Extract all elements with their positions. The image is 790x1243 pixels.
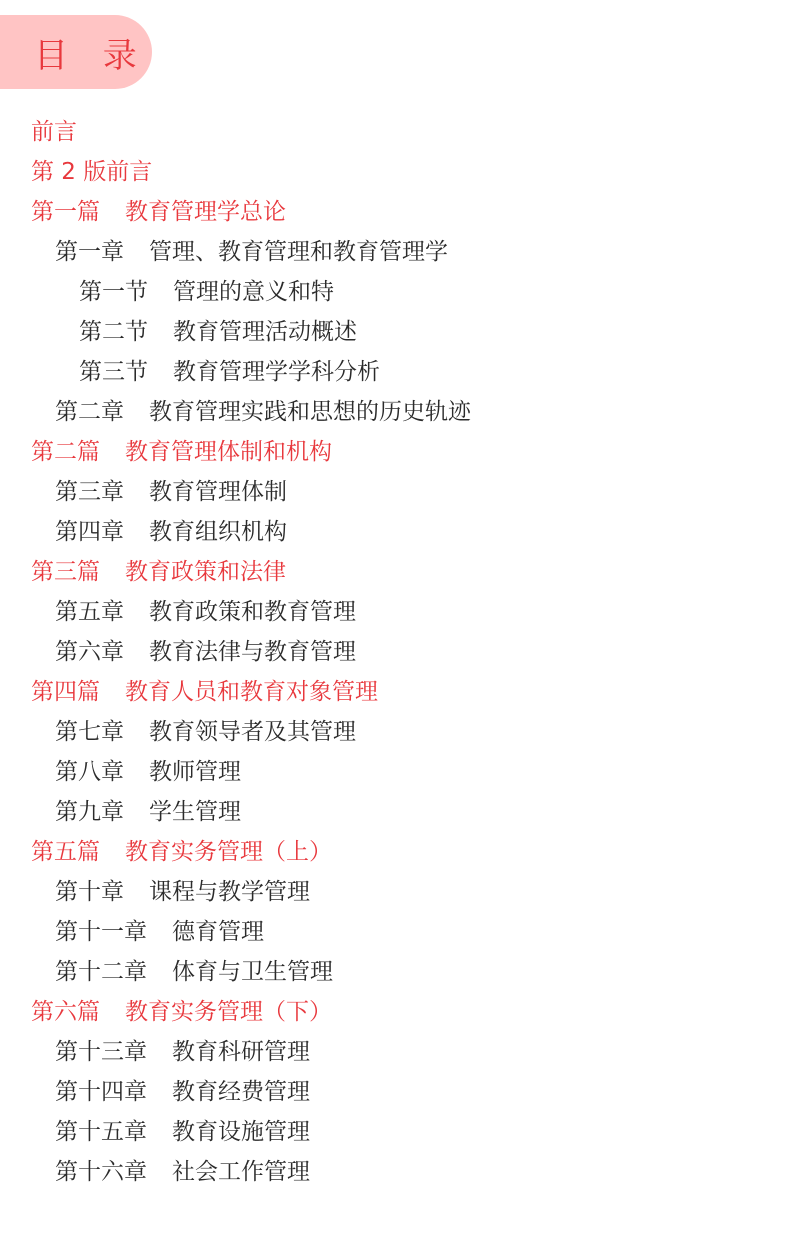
toc-entry-title: 体育与卫生管理	[172, 959, 333, 985]
toc-chapter-entry[interactable]: 第四章教育组织机构	[31, 512, 471, 552]
toc-entry-number: 第四章	[55, 512, 124, 552]
toc-entry-number: 第十一章	[55, 912, 147, 952]
toc-chapter-entry[interactable]: 第十一章德育管理	[31, 912, 471, 952]
toc-entry-title: 学生管理	[149, 799, 241, 825]
toc-entry-number: 第一章	[55, 232, 124, 272]
toc-entry-number: 第九章	[55, 792, 124, 832]
toc-entry-number: 第五章	[55, 592, 124, 632]
toc-chapter-entry[interactable]: 第九章学生管理	[31, 792, 471, 832]
toc-entry-title: 管理的意义和特	[173, 279, 334, 305]
toc-entry-number: 第三节	[79, 352, 148, 392]
toc-entry-title: 教育政策和教育管理	[149, 599, 356, 625]
toc-part-entry[interactable]: 第三篇教育政策和法律	[31, 552, 471, 592]
toc-part-entry[interactable]: 第二篇教育管理体制和机构	[31, 432, 471, 472]
toc-entry-number: 第十三章	[55, 1032, 147, 1072]
toc-entry-number: 第十章	[55, 872, 124, 912]
toc-chapter-entry[interactable]: 第六章教育法律与教育管理	[31, 632, 471, 672]
toc-entry-number: 第六篇	[31, 992, 100, 1032]
toc-chapter-entry[interactable]: 第十六章社会工作管理	[31, 1152, 471, 1192]
toc-entry-number: 第 2 版前言	[31, 152, 152, 192]
toc-entry-title: 管理、教育管理和教育管理学	[149, 239, 448, 265]
toc-entry-title: 教育组织机构	[149, 519, 287, 545]
toc-entry-title: 教育科研管理	[172, 1039, 310, 1065]
toc-entry-title: 教育管理体制	[149, 479, 287, 505]
toc-entry-number: 第一节	[79, 272, 148, 312]
toc-part-entry[interactable]: 第 2 版前言	[31, 152, 471, 192]
toc-entry-number: 第十二章	[55, 952, 147, 992]
toc-section-entry[interactable]: 第一节管理的意义和特	[31, 272, 471, 312]
toc-entry-title: 教育管理学学科分析	[173, 359, 380, 385]
toc-entry-number: 第十六章	[55, 1152, 147, 1192]
toc-part-entry[interactable]: 前言	[31, 112, 471, 152]
toc-entry-number: 前言	[31, 112, 77, 152]
toc-entry-number: 第四篇	[31, 672, 100, 712]
toc-entry-number: 第五篇	[31, 832, 100, 872]
toc-entry-number: 第十四章	[55, 1072, 147, 1112]
toc-entry-title: 教师管理	[149, 759, 241, 785]
toc-entry-title: 德育管理	[172, 919, 264, 945]
toc-entry-number: 第三篇	[31, 552, 100, 592]
toc-entry-title: 社会工作管理	[172, 1159, 310, 1185]
toc-entry-title: 教育经费管理	[172, 1079, 310, 1105]
toc-chapter-entry[interactable]: 第十二章体育与卫生管理	[31, 952, 471, 992]
toc-chapter-entry[interactable]: 第二章教育管理实践和思想的历史轨迹	[31, 392, 471, 432]
toc-entry-title: 教育管理体制和机构	[125, 439, 332, 465]
toc-chapter-entry[interactable]: 第五章教育政策和教育管理	[31, 592, 471, 632]
toc-part-entry[interactable]: 第四篇教育人员和教育对象管理	[31, 672, 471, 712]
toc-entry-title: 教育人员和教育对象管理	[125, 679, 378, 705]
toc-part-entry[interactable]: 第五篇教育实务管理（上）	[31, 832, 471, 872]
toc-entry-number: 第一篇	[31, 192, 100, 232]
toc-entry-number: 第二节	[79, 312, 148, 352]
toc-title: 目 录	[34, 28, 149, 77]
toc-entry-title: 教育管理活动概述	[173, 319, 357, 345]
toc-chapter-entry[interactable]: 第十章课程与教学管理	[31, 872, 471, 912]
table-of-contents: 前言第 2 版前言第一篇教育管理学总论第一章管理、教育管理和教育管理学第一节管理…	[31, 112, 471, 1192]
toc-section-entry[interactable]: 第三节教育管理学学科分析	[31, 352, 471, 392]
toc-entry-number: 第六章	[55, 632, 124, 672]
toc-entry-number: 第二章	[55, 392, 124, 432]
toc-entry-title: 课程与教学管理	[149, 879, 310, 905]
toc-chapter-entry[interactable]: 第十五章教育设施管理	[31, 1112, 471, 1152]
toc-entry-title: 教育实务管理（上）	[125, 839, 332, 865]
toc-entry-number: 第三章	[55, 472, 124, 512]
toc-entry-title: 教育法律与教育管理	[149, 639, 356, 665]
toc-chapter-entry[interactable]: 第十四章教育经费管理	[31, 1072, 471, 1112]
toc-entry-title: 教育政策和法律	[125, 559, 286, 585]
toc-title-tab: 目 录	[0, 15, 152, 89]
toc-section-entry[interactable]: 第二节教育管理活动概述	[31, 312, 471, 352]
toc-entry-title: 教育实务管理（下）	[125, 999, 332, 1025]
toc-entry-number: 第七章	[55, 712, 124, 752]
toc-entry-title: 教育设施管理	[172, 1119, 310, 1145]
toc-chapter-entry[interactable]: 第七章教育领导者及其管理	[31, 712, 471, 752]
toc-chapter-entry[interactable]: 第一章管理、教育管理和教育管理学	[31, 232, 471, 272]
toc-entry-title: 教育领导者及其管理	[149, 719, 356, 745]
toc-chapter-entry[interactable]: 第十三章教育科研管理	[31, 1032, 471, 1072]
toc-part-entry[interactable]: 第六篇教育实务管理（下）	[31, 992, 471, 1032]
toc-part-entry[interactable]: 第一篇教育管理学总论	[31, 192, 471, 232]
toc-entry-title: 教育管理学总论	[125, 199, 286, 225]
toc-entry-number: 第二篇	[31, 432, 100, 472]
toc-entry-number: 第十五章	[55, 1112, 147, 1152]
toc-entry-number: 第八章	[55, 752, 124, 792]
toc-chapter-entry[interactable]: 第八章教师管理	[31, 752, 471, 792]
toc-entry-title: 教育管理实践和思想的历史轨迹	[149, 399, 471, 425]
toc-chapter-entry[interactable]: 第三章教育管理体制	[31, 472, 471, 512]
